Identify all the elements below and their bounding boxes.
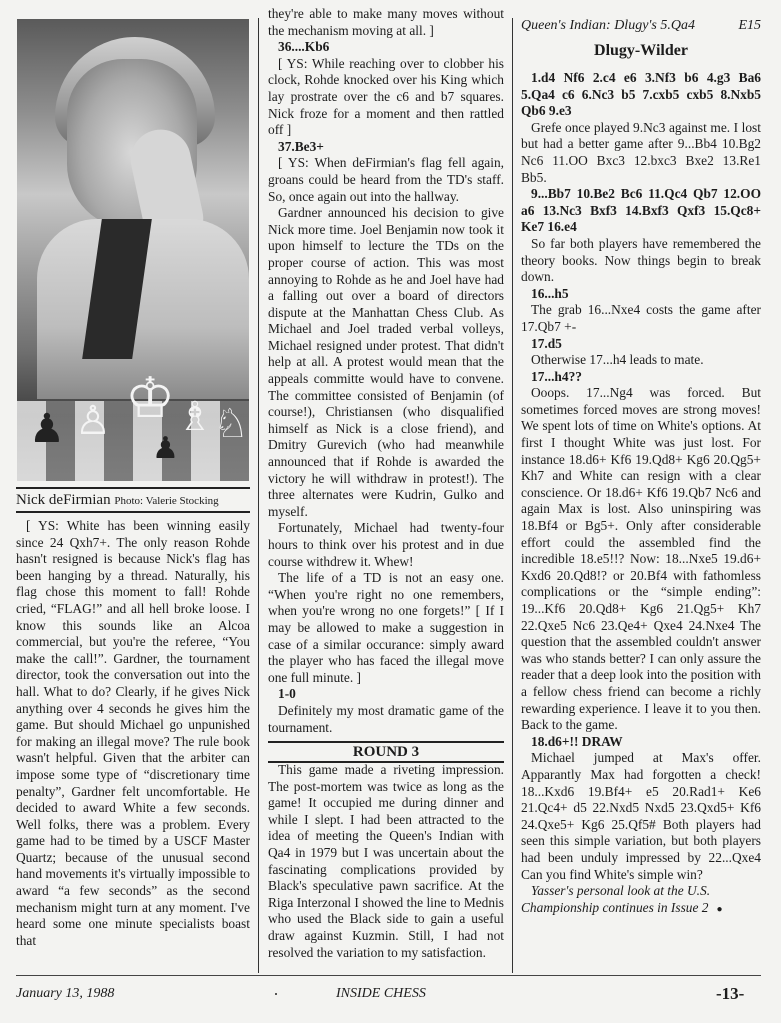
footer-rule [16, 975, 761, 976]
paragraph: So far both players have remembered the … [521, 236, 761, 286]
white-bishop-icon: ♗ [177, 397, 213, 437]
paragraph: [ YS: White has been winning easily sinc… [16, 518, 250, 949]
paragraph: Fortunately, Michael had twenty-four hou… [268, 520, 504, 570]
move-line: 36....Kb6 [268, 39, 504, 56]
paragraph: Michael jumped at Max's offer. Apparantl… [521, 750, 761, 883]
footer-date: January 13, 1988 [16, 986, 114, 1002]
magazine-page: ♔ ♙ ♗ ♘ ♟ ♟ Nick deFirmian Photo: Valeri… [0, 0, 781, 1023]
column-2: they're able to make many moves without … [268, 6, 504, 736]
continuation-text: Yasser's personal look at the U.S. Champ… [521, 883, 710, 915]
opening-name: Queen's Indian: Dlugy's 5.Qa4 [521, 18, 695, 33]
round-3-text: This game made a riveting impression. Th… [268, 762, 504, 961]
column-3: 1.d4 Nf6 2.c4 e6 3.Nf3 b6 4.g3 Ba6 5.Qa4… [521, 70, 761, 918]
paragraph: Otherwise 17...h4 leads to mate. [521, 352, 761, 369]
white-pawn-icon: ♙ [75, 401, 111, 441]
move-line: 1-0 [268, 686, 504, 703]
move-line: 17...h4?? [521, 369, 761, 386]
column-divider [512, 18, 513, 973]
black-pawn-icon: ♟ [29, 409, 65, 449]
round-heading: ROUND 3 [268, 741, 504, 763]
footer-dot [275, 993, 277, 995]
player-photo: ♔ ♙ ♗ ♘ ♟ ♟ [17, 19, 249, 481]
black-pawn-icon: ♟ [152, 429, 179, 469]
game-title: Dlugy-Wilder [521, 42, 761, 60]
paragraph: Definitely my most dramatic game of the … [268, 703, 504, 736]
move-line: 1.d4 Nf6 2.c4 e6 3.Nf3 b6 4.g3 Ba6 5.Qa4… [521, 70, 761, 120]
move-line: 16...h5 [521, 286, 761, 303]
paragraph: Ooops. 17...Ng4 was forced. But sometime… [521, 385, 761, 733]
paragraph: [ YS: When deFirmian's flag fell again, … [268, 155, 504, 205]
photo-caption: Nick deFirmian Photo: Valerie Stocking [16, 487, 250, 513]
page-number: -13- [716, 984, 744, 1004]
move-line: 37.Be3+ [268, 139, 504, 156]
column-divider [258, 18, 259, 973]
continuation-note: Yasser's personal look at the U.S. Champ… [521, 883, 761, 918]
paragraph: The grab 16...Nxe4 costs the game after … [521, 302, 761, 335]
move-line: 18.d6+!! DRAW [521, 734, 761, 751]
white-knight-icon: ♘ [213, 404, 249, 444]
paragraph: they're able to make many moves without … [268, 6, 504, 39]
eco-code: E15 [738, 18, 761, 34]
white-king-icon: ♔ [125, 379, 175, 419]
caption-credit: Photo: Valerie Stocking [114, 495, 218, 507]
footer-magazine: INSIDE CHESS [336, 986, 426, 1002]
move-line: 9...Bb7 10.Be2 Bc6 11.Qc4 Qb7 12.OO a6 1… [521, 186, 761, 236]
caption-name: Nick deFirmian [16, 492, 111, 508]
paragraph: This game made a riveting impression. Th… [268, 762, 504, 961]
opening-header: Queen's Indian: Dlugy's 5.Qa4 E15 [521, 18, 761, 34]
paragraph: The life of a TD is not an easy one. “Wh… [268, 570, 504, 686]
paragraph: [ YS: While reaching over to clobber his… [268, 56, 504, 139]
paragraph: Grefe once played 9.Nc3 against me. I lo… [521, 120, 761, 186]
paragraph: Gardner announced his decision to give N… [268, 205, 504, 520]
column-1: [ YS: White has been winning easily sinc… [16, 518, 250, 949]
move-line: 17.d5 [521, 336, 761, 353]
end-bullet-icon: ● [716, 904, 722, 915]
